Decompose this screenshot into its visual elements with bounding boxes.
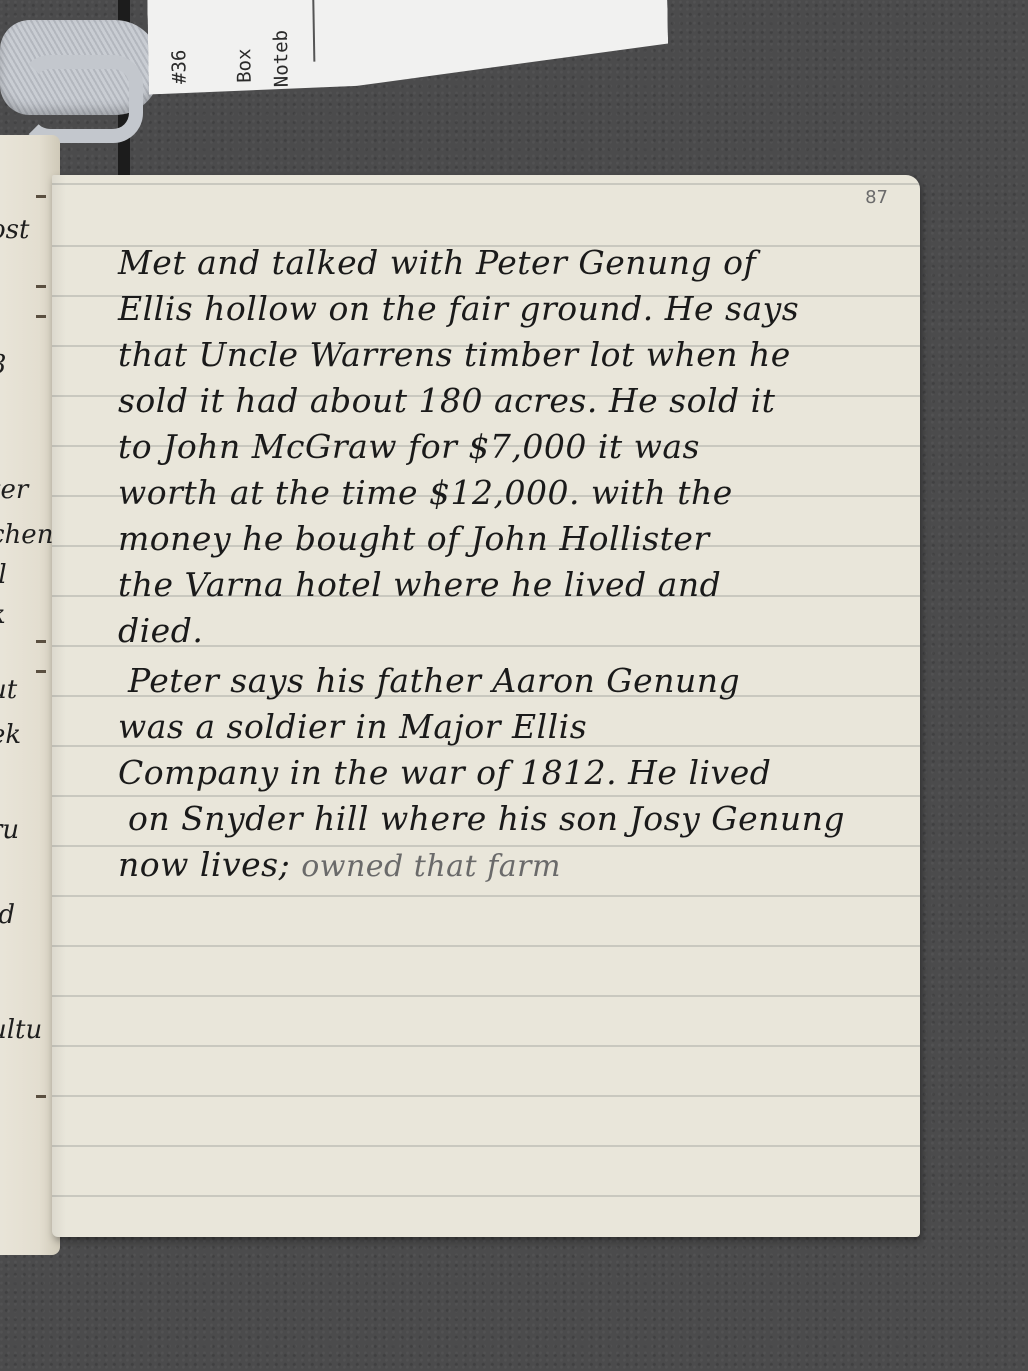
- handwritten-line: Peter says his father Aaron Genung: [128, 661, 740, 700]
- left-fragment: ek: [0, 720, 21, 750]
- binding-stitch: [36, 285, 46, 288]
- left-fragment: ll: [0, 560, 7, 590]
- handwritten-line: to John McGraw for $7,000 it was: [118, 427, 700, 466]
- tag-notebook: Noteb: [270, 30, 293, 88]
- handwritten-line: worth at the time $12,000. with the: [118, 473, 733, 512]
- notebook-page: 87 Met and talked with Peter Genung of E…: [52, 175, 920, 1237]
- handwritten-line: on Snyder hill where his son Josy Genung: [128, 799, 845, 838]
- handwritten-line: Met and talked with Peter Genung of: [118, 243, 756, 282]
- binding-cord-loop: [20, 55, 143, 143]
- pencil-addition: owned that farm: [301, 849, 561, 884]
- handwritten-line: sold it had about 180 acres. He sold it: [118, 381, 775, 420]
- left-fragment: ru: [0, 815, 19, 845]
- left-fragment: ter: [0, 475, 28, 505]
- ink-text: now lives;: [118, 845, 290, 884]
- left-fragment: id: [0, 900, 15, 930]
- tag-box: Box: [233, 48, 256, 83]
- binding-stitch: [36, 670, 46, 673]
- handwritten-line: Company in the war of 1812. He lived: [118, 753, 771, 792]
- tag-number: #36: [168, 49, 191, 84]
- left-fragment: 3: [0, 350, 7, 380]
- left-fragment: k: [0, 600, 6, 630]
- handwritten-line-last: now lives; owned that farm: [118, 845, 561, 884]
- left-facing-page: ost 3 ter chen ll k ut ek ru id ultu: [0, 135, 60, 1255]
- left-fragment: ultu: [0, 1015, 42, 1045]
- binding-stitch: [36, 1095, 46, 1098]
- handwritten-line: the Varna hotel where he lived and: [118, 565, 721, 604]
- handwritten-line: that Uncle Warrens timber lot when he: [118, 335, 791, 374]
- left-fragment: ost: [0, 215, 29, 245]
- handwritten-line: was a soldier in Major Ellis: [118, 707, 587, 746]
- left-fragment: chen: [0, 520, 53, 550]
- binding-stitch: [36, 315, 46, 318]
- binding-stitch: [36, 195, 46, 198]
- handwritten-line: died.: [118, 611, 203, 650]
- handwritten-line: money he bought of John Hollister: [118, 519, 710, 558]
- handwritten-line: Ellis hollow on the fair ground. He says: [118, 289, 799, 328]
- page-number: 87: [865, 187, 888, 208]
- tag-rule: [312, 0, 315, 62]
- binding-stitch: [36, 640, 46, 643]
- left-fragment: ut: [0, 675, 17, 705]
